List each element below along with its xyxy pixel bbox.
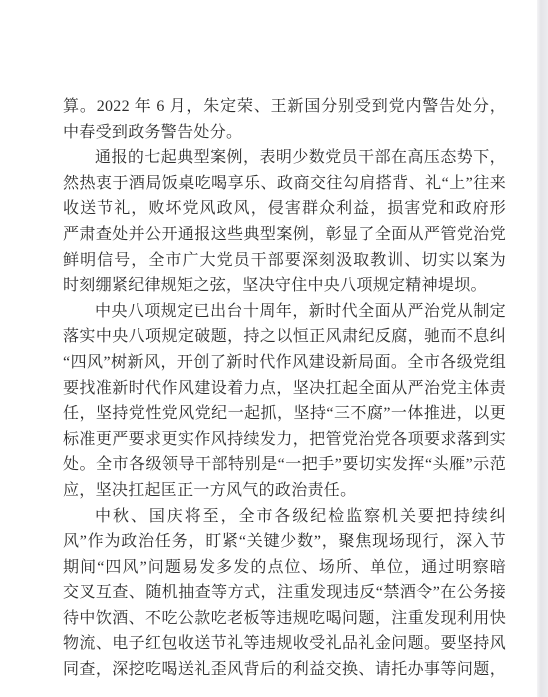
text-line: 物流、电子红包收送节礼等违规收受礼品礼金问题。要坚持风腐 [63, 631, 506, 657]
text-line: 落实中央八项规定破题，持之以恒正风肃纪反腐，驰而不息纠治 [63, 324, 506, 350]
document-page: 算。2022 年 6 月，朱定荣、王新国分别受到党内警告处分，葛中春受到政务警告… [0, 0, 538, 697]
text-line: 任，坚持党性党风党纪一起抓，坚持“三不腐”一体推进，以更高 [63, 401, 506, 427]
text-line: 风”作为政治任务，盯紧“关键少数”，聚焦现场现行，深入节日 [63, 529, 506, 555]
text-line: 处。全市各级领导干部特别是“一把手”要切实发挥“头雁”示范效 [63, 452, 506, 478]
text-line: 中春受到政务警告处分。 [63, 120, 506, 146]
text-line: “四风”树新风，开创了新时代作风建设新局面。全市各级党组织 [63, 350, 506, 376]
text-line: 收送节礼，败坏党风政风，侵害群众利益，损害党和政府形象。 [63, 196, 506, 222]
text-line: 待中饮酒、不吃公款吃老板等违规吃喝问题，注重发现利用快递 [63, 606, 506, 632]
text-line: 中央八项规定已出台十周年，新时代全面从严治党从制定和 [63, 299, 506, 325]
text-line: 然热衷于酒局饭桌吃喝享乐、政商交往勾肩搭背、礼“上”往来 [63, 171, 506, 197]
text-line: 时刻绷紧纪律规矩之弦，坚决守住中央八项规定精神堤坝。 [63, 273, 506, 299]
text-line: 标准更严要求更实作风持续发力，把管党治党各项要求落到实 [63, 427, 506, 453]
viewer-edge-gutter [537, 0, 548, 697]
text-line: 交叉互查、随机抽查等方式，注重发现违反“禁酒令”在公务接 [63, 580, 506, 606]
text-line: 同查，深挖吃喝送礼歪风背后的利益交换、请托办事等问题，坚 [63, 657, 506, 683]
text-line: 算。2022 年 6 月，朱定荣、王新国分别受到党内警告处分，葛 [63, 94, 506, 120]
text-line: 期间“四风”问题易发多发的点位、场所、单位，通过明察暗访、 [63, 555, 506, 581]
text-line: 中秋、国庆将至，全市各级纪检监察机关要把持续纠治“四 [63, 504, 506, 530]
text-line: 严肃查处并公开通报这些典型案例，彰显了全面从严管党治党的 [63, 222, 506, 248]
text-line: 要找准新时代作风建设着力点，坚决扛起全面从严治党主体责 [63, 376, 506, 402]
text-line: 鲜明信号，全市广大党员干部要深刻汲取教训、切实以案为戒， [63, 248, 506, 274]
text-line: 通报的七起典型案例，表明少数党员干部在高压态势下，依 [63, 145, 506, 171]
text-line: 应，坚决扛起匡正一方风气的政治责任。 [63, 478, 506, 504]
document-text: 算。2022 年 6 月，朱定荣、王新国分别受到党内警告处分，葛中春受到政务警告… [63, 94, 506, 683]
